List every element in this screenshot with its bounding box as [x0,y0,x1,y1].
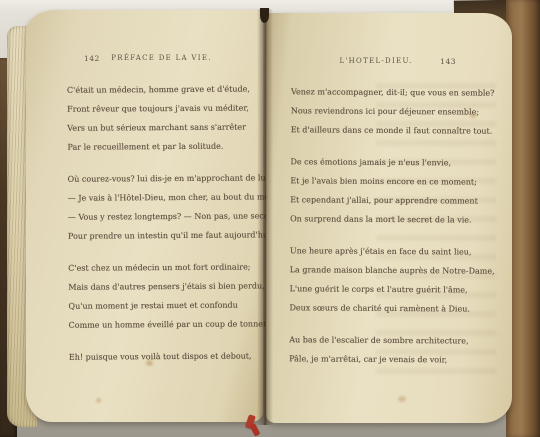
poem-line: Qu'un moment je restai muet et confondu [68,295,288,316]
poem-line: Front rêveur que toujours j'avais vu méd… [67,98,287,119]
poem-line: L'une guérit le corps et l'autre guérit … [290,279,495,299]
poem-line: La grande maison blanche auprès de Notre… [290,260,495,280]
poem-line: Vers un but sérieux marchant sans s'arrê… [67,117,287,138]
ribbon-bookmark-tail [250,423,261,436]
poem-line: — Je vais à l'Hôtel-Dieu, mon cher, au b… [68,187,288,208]
stanza: C'est chez un médecin un mot fort ordina… [68,257,288,335]
right-running-title: L'HOTEL-DIEU. [266,57,512,65]
poem-line: Nous reviendrons ici pour déjeuner ensem… [291,101,496,121]
photo-background: 142 PRÉFACE DE LA VIE. C'était un médeci… [0,0,540,437]
poem-line: Au bas de l'escalier de sombre architect… [289,330,494,350]
stanza: C'était un médecin, homme grave et d'étu… [67,79,287,157]
stanza: Une heure après j'étais en face du saint… [289,241,494,318]
poem-line: Venez m'accompagner, dit-il; que vous en… [291,82,496,102]
poem-line: Pâle, je m'arrêtai, car je venais de voi… [289,349,494,369]
poem-line: Mais dans d'autres pensers j'étais si bi… [68,276,288,297]
stanza: Venez m'accompagner, dit-il; que vous en… [291,82,496,140]
poem-line: Et je l'avais bien moins encore en ce mo… [290,171,495,191]
poem-line: Pour prendre un intestin qu'il me faut a… [68,225,288,246]
poem-line: Et cependant j'allai, pour apprendre com… [290,190,495,210]
right-page: L'HOTEL-DIEU. 143 Venez m'accompagner, d… [266,13,512,423]
poem-line: C'est chez un médecin un mot fort ordina… [68,257,288,278]
stanza: Eh! puisque vous voilà tout dispos et de… [69,346,289,367]
poem-line: Une heure après j'étais en face du saint… [290,241,495,261]
left-page-poem: C'était un médecin, homme grave et d'étu… [67,79,289,380]
poem-line: Par le recueillement et par la solitude. [67,136,287,157]
stanza: Où courez-vous? lui dis-je en m'approcha… [68,168,288,246]
poem-line: On surprend dans la mort le secret de la… [290,209,495,229]
left-page: 142 PRÉFACE DE LA VIE. C'était un médeci… [26,10,263,422]
right-page-poem: Venez m'accompagner, dit-il; que vous en… [289,82,496,382]
poem-line: C'était un médecin, homme grave et d'étu… [67,79,287,100]
poem-line: Eh! puisque vous voilà tout dispos et de… [69,346,289,367]
poem-line: Et d'ailleurs dans ce monde il faut conn… [291,120,496,140]
poem-line: Deux sœurs de charité qui ramènent à Die… [289,298,494,318]
stanza: Au bas de l'escalier de sombre architect… [289,330,494,369]
left-running-title: PRÉFACE DE LA VIE. [26,54,263,62]
poem-line: — Vous y restez longtemps? — Non pas, un… [68,206,288,227]
right-page-number: 143 [440,57,456,66]
poem-line: Où courez-vous? lui dis-je en m'approcha… [68,168,288,189]
book-gutter-top-notch [260,8,269,23]
poem-line: De ces émotions jamais je n'eus l'envie, [290,152,495,172]
poem-line: Comme un homme éveillé par un coup de to… [69,314,289,335]
stanza: De ces émotions jamais je n'eus l'envie,… [290,152,495,229]
